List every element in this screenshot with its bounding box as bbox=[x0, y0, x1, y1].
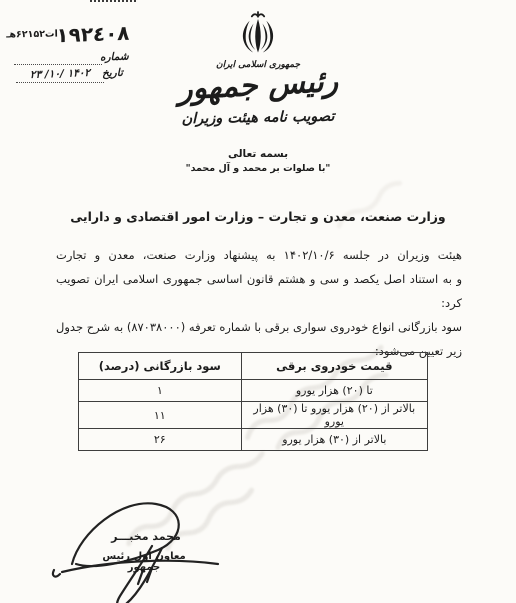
basmala-text: بسمه تعالی bbox=[158, 148, 358, 160]
handwritten-signature bbox=[42, 488, 237, 603]
letterhead-document-type: تصویب نامه هیئت وزیران bbox=[138, 108, 378, 128]
price-cell: تا (۲۰) هزار یورو bbox=[241, 380, 427, 402]
price-cell: بالاتر از (۲۰) هزار یورو تا (۳۰) هزار یو… bbox=[241, 402, 427, 429]
profit-cell: ۱۱ bbox=[79, 402, 242, 429]
number-field-label: شماره bbox=[100, 50, 130, 63]
decree-document: ۱۹۲٤۰۸ ات۶۲۱۵۲هـ شماره تاریخ ۱۴۰۲ /۱۰/ ۲… bbox=[0, 0, 516, 603]
body-line-3: سود بازرگانی انواع خودروی سواری برقی با … bbox=[56, 315, 462, 339]
profit-column-header: سود بازرگانی (درصد) bbox=[79, 353, 242, 380]
date-field-label: تاریخ bbox=[102, 66, 132, 79]
table-row: بالاتر از (۲۰) هزار یورو تا (۳۰) هزار یو… bbox=[79, 402, 428, 429]
signatory-title: معاون اول رئیس جمهور bbox=[96, 551, 192, 573]
addressee-line: وزارت صنعت، معدن و تجارت – وزارت امور اق… bbox=[40, 209, 476, 224]
number-dotted-line bbox=[14, 64, 102, 65]
body-line-2: و به استناد اصل یکصد و سی و هشتم قانون ا… bbox=[56, 267, 462, 315]
top-edge-dotted-mark bbox=[90, 0, 136, 2]
price-cell: بالاتر از (۳۰) هزار یورو bbox=[241, 429, 427, 451]
profit-cell: ۱ bbox=[79, 380, 242, 402]
table-row: بالاتر از (۳۰) هزار یورو ۲۶ bbox=[79, 429, 428, 451]
decree-body: هیئت وزیران در جلسه ۱۴۰۲/۱۰/۶ به پیشنهاد… bbox=[56, 243, 462, 363]
profit-cell: ۲۶ bbox=[79, 429, 242, 451]
date-dotted-line bbox=[16, 82, 104, 83]
table-row: تا (۲۰) هزار یورو ۱ bbox=[79, 380, 428, 402]
tariff-table: قیمت خودروی برقی سود بازرگانی (درصد) تا … bbox=[78, 352, 428, 451]
handwritten-letter-number: ۱۹۲٤۰۸ bbox=[50, 20, 137, 47]
tariff-table-header-row: قیمت خودروی برقی سود بازرگانی (درصد) bbox=[79, 353, 428, 380]
body-line-1: هیئت وزیران در جلسه ۱۴۰۲/۱۰/۶ به پیشنهاد… bbox=[56, 243, 462, 267]
handwritten-date: ۱۴۰۲ /۱۰/ ۲۳ bbox=[18, 67, 102, 82]
signatory-name: محمد مخبـــر bbox=[106, 530, 186, 543]
iran-national-emblem-icon bbox=[236, 8, 280, 60]
salutation-text: "با صلوات بر محمد و آل محمد" bbox=[128, 163, 388, 174]
price-column-header: قیمت خودروی برقی bbox=[241, 353, 427, 380]
handwritten-reference-code: ات۶۲۱۵۲هـ bbox=[6, 29, 58, 41]
